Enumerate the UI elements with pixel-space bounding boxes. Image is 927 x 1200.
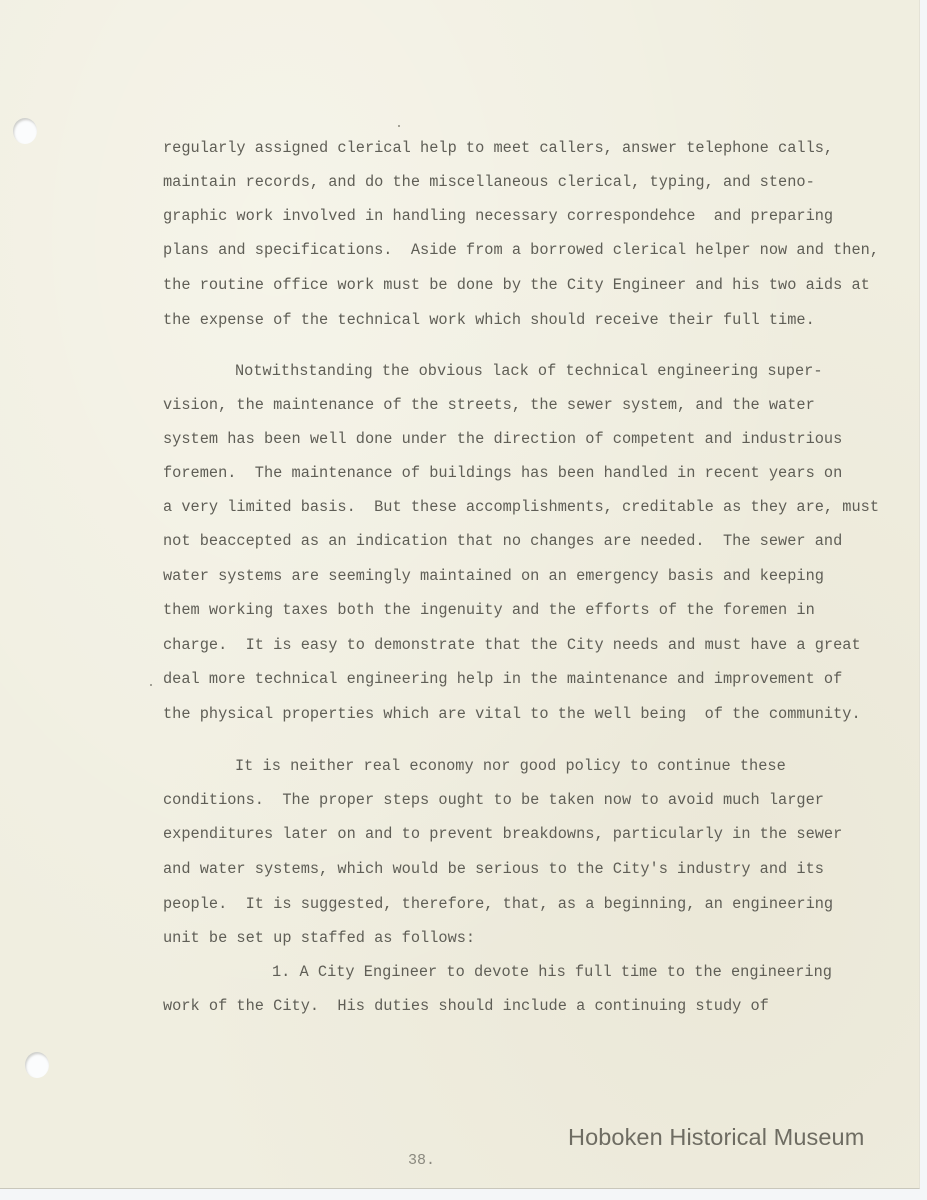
text-line: not beaccepted as an indication that no … bbox=[163, 531, 842, 551]
text-line: the routine office work must be done by … bbox=[163, 275, 870, 295]
text-line: system has been well done under the dire… bbox=[163, 429, 842, 449]
text-line: the expense of the technical work which … bbox=[163, 310, 815, 330]
text-line: It is neither real economy nor good poli… bbox=[235, 756, 786, 776]
museum-watermark: Hoboken Historical Museum bbox=[568, 1124, 864, 1151]
text-line: maintain records, and do the miscellaneo… bbox=[163, 172, 815, 192]
text-line: charge. It is easy to demonstrate that t… bbox=[163, 635, 861, 655]
text-line: unit be set up staffed as follows: bbox=[163, 928, 475, 948]
text-line: a very limited basis. But these accompli… bbox=[163, 497, 879, 517]
text-line: deal more technical engineering help in … bbox=[163, 669, 842, 689]
text-line: them working taxes both the ingenuity an… bbox=[163, 600, 815, 620]
ink-speck bbox=[150, 684, 152, 686]
document-page: regularly assigned clerical help to meet… bbox=[0, 0, 920, 1189]
list-item-line: work of the City. His duties should incl… bbox=[163, 996, 769, 1016]
text-line: plans and specifications. Aside from a b… bbox=[163, 240, 879, 260]
text-line: foremen. The maintenance of buildings ha… bbox=[163, 463, 842, 483]
text-line: conditions. The proper steps ought to be… bbox=[163, 790, 824, 810]
text-line: regularly assigned clerical help to meet… bbox=[163, 138, 833, 158]
text-line: people. It is suggested, therefore, that… bbox=[163, 894, 833, 914]
punch-hole-top bbox=[13, 118, 37, 144]
typewritten-body: regularly assigned clerical help to meet… bbox=[163, 0, 903, 612]
text-line: graphic work involved in handling necess… bbox=[163, 206, 833, 226]
text-line: the physical properties which are vital … bbox=[163, 704, 861, 724]
text-line: Notwithstanding the obvious lack of tech… bbox=[235, 361, 823, 381]
text-line: water systems are seemingly maintained o… bbox=[163, 566, 824, 586]
page-number: 38. bbox=[408, 1152, 435, 1169]
punch-hole-bottom bbox=[25, 1052, 49, 1078]
list-item-line: 1. A City Engineer to devote his full ti… bbox=[272, 962, 832, 982]
text-line: and water systems, which would be seriou… bbox=[163, 859, 824, 879]
text-line: vision, the maintenance of the streets, … bbox=[163, 395, 815, 415]
text-line: expenditures later on and to prevent bre… bbox=[163, 824, 842, 844]
